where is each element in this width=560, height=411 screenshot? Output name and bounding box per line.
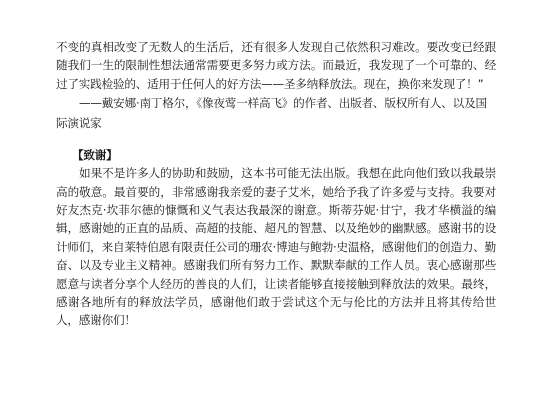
quote-attribution: ——戴安娜·南丁格尔，《像夜莺一样高飞》的作者、出版者、版权所有人、以及国际演说… — [56, 93, 496, 133]
section-spacer — [56, 133, 496, 147]
acknowledgments-body: 如果不是许多人的协助和鼓励，这本书可能无法出版。我想在此向他们致以我最崇高的敬意… — [56, 164, 496, 330]
document-page: 不变的真相改变了无数人的生活后，还有很多人发现自己依然积习难改。要改变已经跟随我… — [56, 38, 496, 330]
quote-continuation: 不变的真相改变了无数人的生活后，还有很多人发现自己依然积习难改。要改变已经跟随我… — [56, 38, 496, 93]
acknowledgments-heading: 【致谢】 — [72, 147, 496, 164]
